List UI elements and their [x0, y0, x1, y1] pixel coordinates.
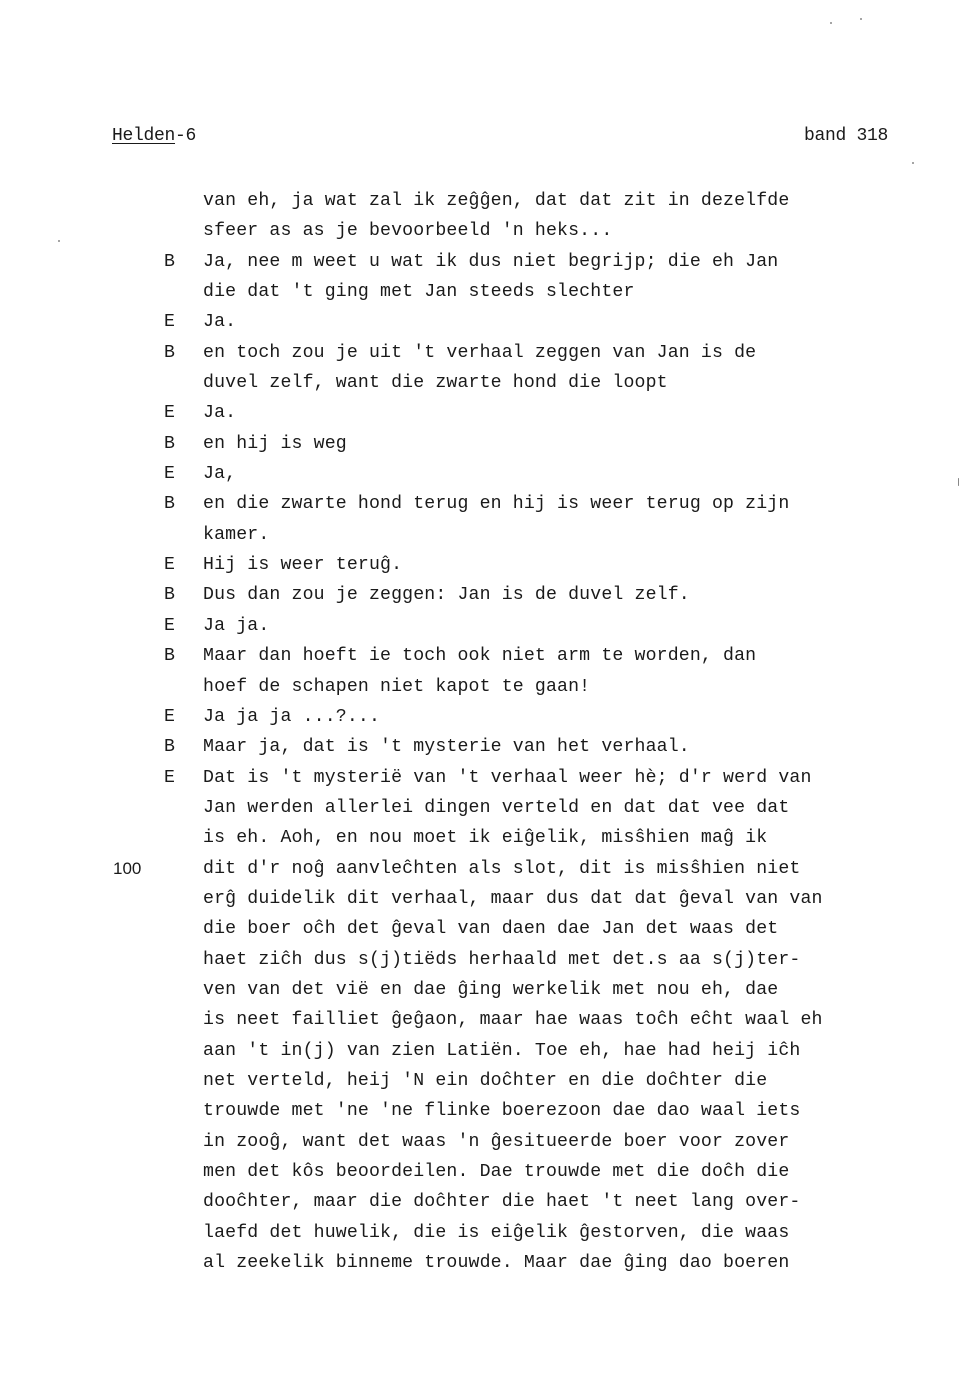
transcript-line: die boer oĉh det ĝeval van daen dae Jan …: [0, 914, 973, 944]
transcript-line: Jan werden allerlei dingen verteld en da…: [0, 793, 973, 823]
speaker-label: B: [164, 489, 175, 519]
speaker-label: E: [164, 702, 175, 732]
speaker-label: E: [164, 550, 175, 580]
line-text: Ja ja.: [203, 611, 269, 641]
transcript-line: EJa ja ja ...?...: [0, 702, 973, 732]
transcript-line: aan 't in(j) van zien Latiën. Toe eh, ha…: [0, 1036, 973, 1066]
document-title-underlined: Helden: [112, 126, 175, 146]
line-text: hoef de schapen niet kapot te gaan!: [203, 672, 590, 702]
transcript-line: in zooĝ, want det waas 'n ĝesitueerde bo…: [0, 1127, 973, 1157]
transcript-line: is eh. Aoh, en nou moet ik eiĝelik, misŝ…: [0, 823, 973, 853]
transcript-line: EJa,: [0, 459, 973, 489]
line-text: Maar ja, dat is 't mysterie van het verh…: [203, 732, 690, 762]
band-number: band 318: [804, 126, 888, 146]
line-number: 100: [113, 854, 141, 884]
transcript-line: net verteld, heij 'N ein doĉhter en die …: [0, 1066, 973, 1096]
transcript-body: van eh, ja wat zal ik zeĝĝen, dat dat zi…: [0, 186, 973, 1278]
line-text: sfeer as as je bevoorbeeld 'n heks...: [203, 216, 612, 246]
line-text: haet ziĉh dus s(j)tiëds herhaald met det…: [203, 945, 800, 975]
transcript-line: die dat 't ging met Jan steeds slechter: [0, 277, 973, 307]
scan-speck: [860, 18, 862, 20]
line-text: in zooĝ, want det waas 'n ĝesitueerde bo…: [203, 1127, 789, 1157]
transcript-line: EJa.: [0, 307, 973, 337]
transcript-line: EDat is 't mysteriё van 't verhaal weer …: [0, 763, 973, 793]
line-text: Dat is 't mysteriё van 't verhaal weer h…: [203, 763, 812, 793]
line-text: net verteld, heij 'N ein doĉhter en die …: [203, 1066, 767, 1096]
line-text: dit d'r noĝ aanvleĉhten als slot, dit is…: [203, 854, 800, 884]
line-text: Ja.: [203, 398, 236, 428]
speaker-label: B: [164, 641, 175, 671]
speaker-label: E: [164, 398, 175, 428]
transcript-line: laefd det huwelik, die is eiĝelik ĝestor…: [0, 1218, 973, 1248]
line-text: is eh. Aoh, en nou moet ik eiĝelik, misŝ…: [203, 823, 767, 853]
transcript-line: EHij is weer teruĝ.: [0, 550, 973, 580]
transcript-line: Ben hij is weg: [0, 429, 973, 459]
speaker-label: E: [164, 459, 175, 489]
line-text: Dus dan zou je zeggen: Jan is de duvel z…: [203, 580, 690, 610]
line-text: Ja,: [203, 459, 236, 489]
line-text: duvel zelf, want die zwarte hond die loo…: [203, 368, 668, 398]
speaker-label: E: [164, 611, 175, 641]
transcript-line: van eh, ja wat zal ik zeĝĝen, dat dat zi…: [0, 186, 973, 216]
transcript-line: BDus dan zou je zeggen: Jan is de duvel …: [0, 580, 973, 610]
line-text: Hij is weer teruĝ.: [203, 550, 402, 580]
transcript-line: Ben die zwarte hond terug en hij is weer…: [0, 489, 973, 519]
speaker-label: B: [164, 580, 175, 610]
line-text: trouwde met 'ne 'ne flinke boerezoon dae…: [203, 1096, 800, 1126]
line-text: men det kôs beoordeilen. Dae trouwde met…: [203, 1157, 789, 1187]
line-text: Ja.: [203, 307, 236, 337]
transcript-line: BJa, nee m weet u wat ik dus niet begrij…: [0, 247, 973, 277]
line-text: ven van det vië en dae ĝing werkelik met…: [203, 975, 778, 1005]
transcript-line: BMaar dan hoeft ie toch ook niet arm te …: [0, 641, 973, 671]
transcript-line: hoef de schapen niet kapot te gaan!: [0, 672, 973, 702]
line-text: dooĉhter, maar die doĉhter die haet 't n…: [203, 1187, 800, 1217]
line-text: Ja ja ja ...?...: [203, 702, 380, 732]
transcript-line: 100dit d'r noĝ aanvleĉhten als slot, dit…: [0, 854, 973, 884]
transcript-line: Ben toch zou je uit 't verhaal zeggen va…: [0, 338, 973, 368]
line-text: aan 't in(j) van zien Latiën. Toe eh, ha…: [203, 1036, 800, 1066]
transcript-line: dooĉhter, maar die doĉhter die haet 't n…: [0, 1187, 973, 1217]
line-text: en die zwarte hond terug en hij is weer …: [203, 489, 789, 519]
line-text: Jan werden allerlei dingen verteld en da…: [203, 793, 789, 823]
transcript-line: EJa ja.: [0, 611, 973, 641]
line-text: die dat 't ging met Jan steeds slechter: [203, 277, 635, 307]
transcript-line: sfeer as as je bevoorbeeld 'n heks...: [0, 216, 973, 246]
transcript-line: trouwde met 'ne 'ne flinke boerezoon dae…: [0, 1096, 973, 1126]
line-text: die boer oĉh det ĝeval van daen dae Jan …: [203, 914, 778, 944]
document-title: Helden-6: [112, 126, 196, 146]
speaker-label: E: [164, 763, 175, 793]
transcript-line: haet ziĉh dus s(j)tiëds herhaald met det…: [0, 945, 973, 975]
transcript-line: men det kôs beoordeilen. Dae trouwde met…: [0, 1157, 973, 1187]
speaker-label: B: [164, 732, 175, 762]
speaker-label: B: [164, 247, 175, 277]
transcript-line: duvel zelf, want die zwarte hond die loo…: [0, 368, 973, 398]
line-text: van eh, ja wat zal ik zeĝĝen, dat dat zi…: [203, 186, 789, 216]
line-text: erĝ duidelik dit verhaal, maar dus dat d…: [203, 884, 823, 914]
document-title-suffix: -6: [175, 126, 196, 146]
transcript-line: ven van det vië en dae ĝing werkelik met…: [0, 975, 973, 1005]
line-text: laefd det huwelik, die is eiĝelik ĝestor…: [203, 1218, 789, 1248]
speaker-label: E: [164, 307, 175, 337]
transcript-line: al zeekelik binneme trouwde. Maar dae ĝi…: [0, 1248, 973, 1278]
line-text: Ja, nee m weet u wat ik dus niet begrijp…: [203, 247, 778, 277]
scan-speck: [58, 240, 60, 242]
line-text: en hij is weg: [203, 429, 347, 459]
scan-speck: [912, 162, 914, 164]
transcript-line: is neet failliet ĝeĝaon, maar hae waas t…: [0, 1005, 973, 1035]
line-text: is neet failliet ĝeĝaon, maar hae waas t…: [203, 1005, 823, 1035]
line-text: en toch zou je uit 't verhaal zeggen van…: [203, 338, 756, 368]
line-text: Maar dan hoeft ie toch ook niet arm te w…: [203, 641, 756, 671]
transcript-line: EJa.: [0, 398, 973, 428]
transcript-line: BMaar ja, dat is 't mysterie van het ver…: [0, 732, 973, 762]
line-text: kamer.: [203, 520, 269, 550]
line-text: al zeekelik binneme trouwde. Maar dae ĝi…: [203, 1248, 789, 1278]
scan-speck: [830, 22, 832, 24]
transcript-line: kamer.: [0, 520, 973, 550]
transcript-line: erĝ duidelik dit verhaal, maar dus dat d…: [0, 884, 973, 914]
scan-speck: [958, 478, 959, 486]
speaker-label: B: [164, 429, 175, 459]
speaker-label: B: [164, 338, 175, 368]
